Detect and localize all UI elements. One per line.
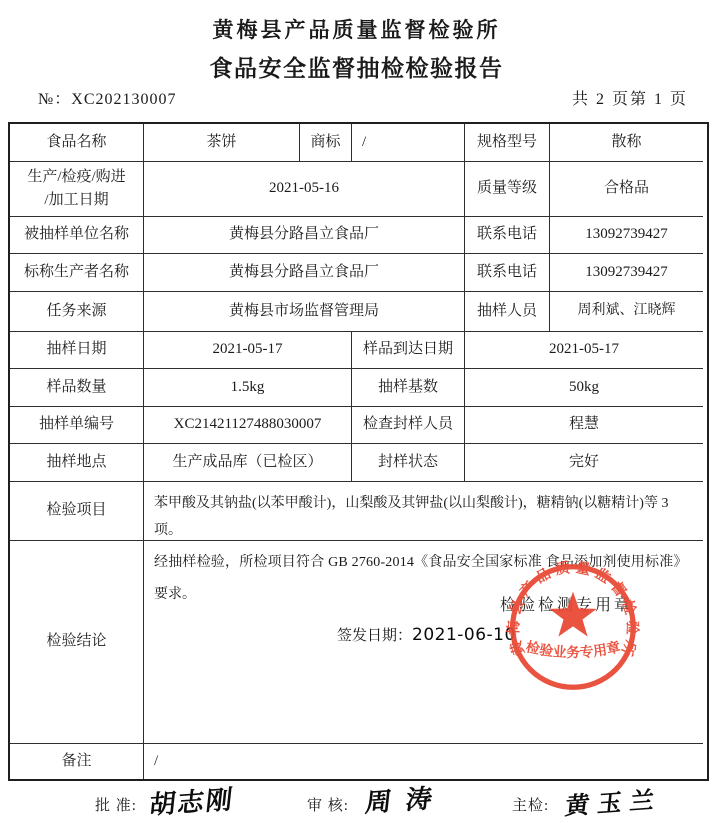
location-value: 生产成品库（已检区）: [144, 444, 352, 482]
approver-signature: 胡志刚: [148, 779, 237, 822]
arrival-date-value: 2021-05-17: [465, 332, 703, 369]
conclusion-label: 检验结论: [10, 541, 144, 744]
arrival-date-label: 样品到达日期: [352, 332, 465, 369]
production-date-label-line1: 生产/检疫/购进: [27, 166, 125, 189]
sealer-label: 检查封样人员: [352, 407, 465, 444]
review-label: 审 核:: [307, 794, 349, 815]
location-label: 抽样地点: [10, 444, 144, 482]
food-name-value: 茶饼: [144, 124, 300, 162]
sheet-no-label: 抽样单编号: [10, 407, 144, 444]
phone2-label: 联系电话: [465, 254, 550, 292]
seal-star-icon: [549, 592, 596, 637]
sealer-value: 程慧: [465, 407, 703, 444]
approve-label: 批 准:: [95, 794, 137, 815]
report-meta-row: №：XC202130007 共 2 页第 1 页: [0, 86, 713, 108]
phone2-value: 13092739427: [550, 254, 703, 292]
seal-bottom-text: 检验业务专用章: [524, 638, 622, 661]
trademark-label: 商标: [300, 124, 352, 162]
sheet-no-value: XC21421127488030007: [144, 407, 352, 444]
quantity-label: 样品数量: [10, 369, 144, 407]
task-source-value: 黄梅县市场监督管理局: [144, 292, 465, 332]
samplers-value: 周利斌、江晓辉: [550, 292, 703, 332]
production-date-label-line2: /加工日期: [27, 189, 125, 212]
issue-date-line: 签发日期：2021-06-10: [337, 623, 516, 648]
report-title: 食品安全监督抽检检验报告: [0, 50, 713, 83]
producer-label: 标称生产者名称: [10, 254, 144, 292]
quantity-value: 1.5kg: [144, 369, 352, 407]
producer-value: 黄梅县分路昌立食品厂: [144, 254, 465, 292]
production-date-value: 2021-05-16: [144, 162, 465, 217]
task-source-label: 任务来源: [10, 292, 144, 332]
remark-value: /: [144, 744, 703, 779]
sampled-unit-value: 黄梅县分路昌立食品厂: [144, 217, 465, 254]
spec-value: 散称: [550, 124, 703, 162]
seal-state-value: 完好: [465, 444, 703, 482]
inspection-report-page: 黄梅县产品质量监督检验所 食品安全监督抽检检验报告 №：XC202130007 …: [0, 0, 713, 823]
base-label: 抽样基数: [352, 369, 465, 407]
samplers-label: 抽样人员: [465, 292, 550, 332]
conclusion-text-line2: 要求。: [154, 585, 196, 605]
grade-label: 质量等级: [465, 162, 550, 217]
sampled-unit-label: 被抽样单位名称: [10, 217, 144, 254]
grade-value: 合格品: [550, 162, 703, 217]
production-date-label: 生产/检疫/购进/加工日期: [10, 162, 144, 217]
seal-state-label: 封样状态: [352, 444, 465, 482]
signature-row: 批 准: 胡志刚 审 核: 周涛 主检: 黄玉兰: [0, 786, 713, 823]
inspector-signature: 黄玉兰: [564, 780, 665, 822]
phone1-label: 联系电话: [465, 217, 550, 254]
base-value: 50kg: [465, 369, 703, 407]
items-value: 苯甲酸及其钠盐(以苯甲酸计)，山梨酸及其钾盐(以山梨酸计)，糖精钠(以糖精计)等…: [144, 482, 703, 541]
issue-date-value: 2021-06-10: [412, 625, 516, 645]
institute-title: 黄梅县产品质量监督检验所: [0, 14, 713, 44]
spec-label: 规格型号: [465, 124, 550, 162]
sample-date-value: 2021-05-17: [144, 332, 352, 369]
phone1-value: 13092739427: [550, 217, 703, 254]
page-indicator: 共 2 页第 1 页: [572, 86, 688, 109]
reviewer-signature: 周涛: [364, 777, 449, 819]
inspect-label: 主检:: [512, 794, 549, 815]
items-label: 检验项目: [10, 482, 144, 541]
svg-text:检验业务专用章: 检验业务专用章: [524, 638, 622, 661]
food-name-label: 食品名称: [10, 124, 144, 162]
issue-date-label: 签发日期：: [337, 628, 412, 644]
report-number: №：XC202130007: [38, 86, 177, 109]
official-seal-stamp: 黄梅县产品质量监督检验所 检验业务专用章: [506, 560, 640, 694]
sample-date-label: 抽样日期: [10, 332, 144, 369]
trademark-value: /: [352, 124, 465, 162]
remark-label: 备注: [10, 744, 144, 779]
